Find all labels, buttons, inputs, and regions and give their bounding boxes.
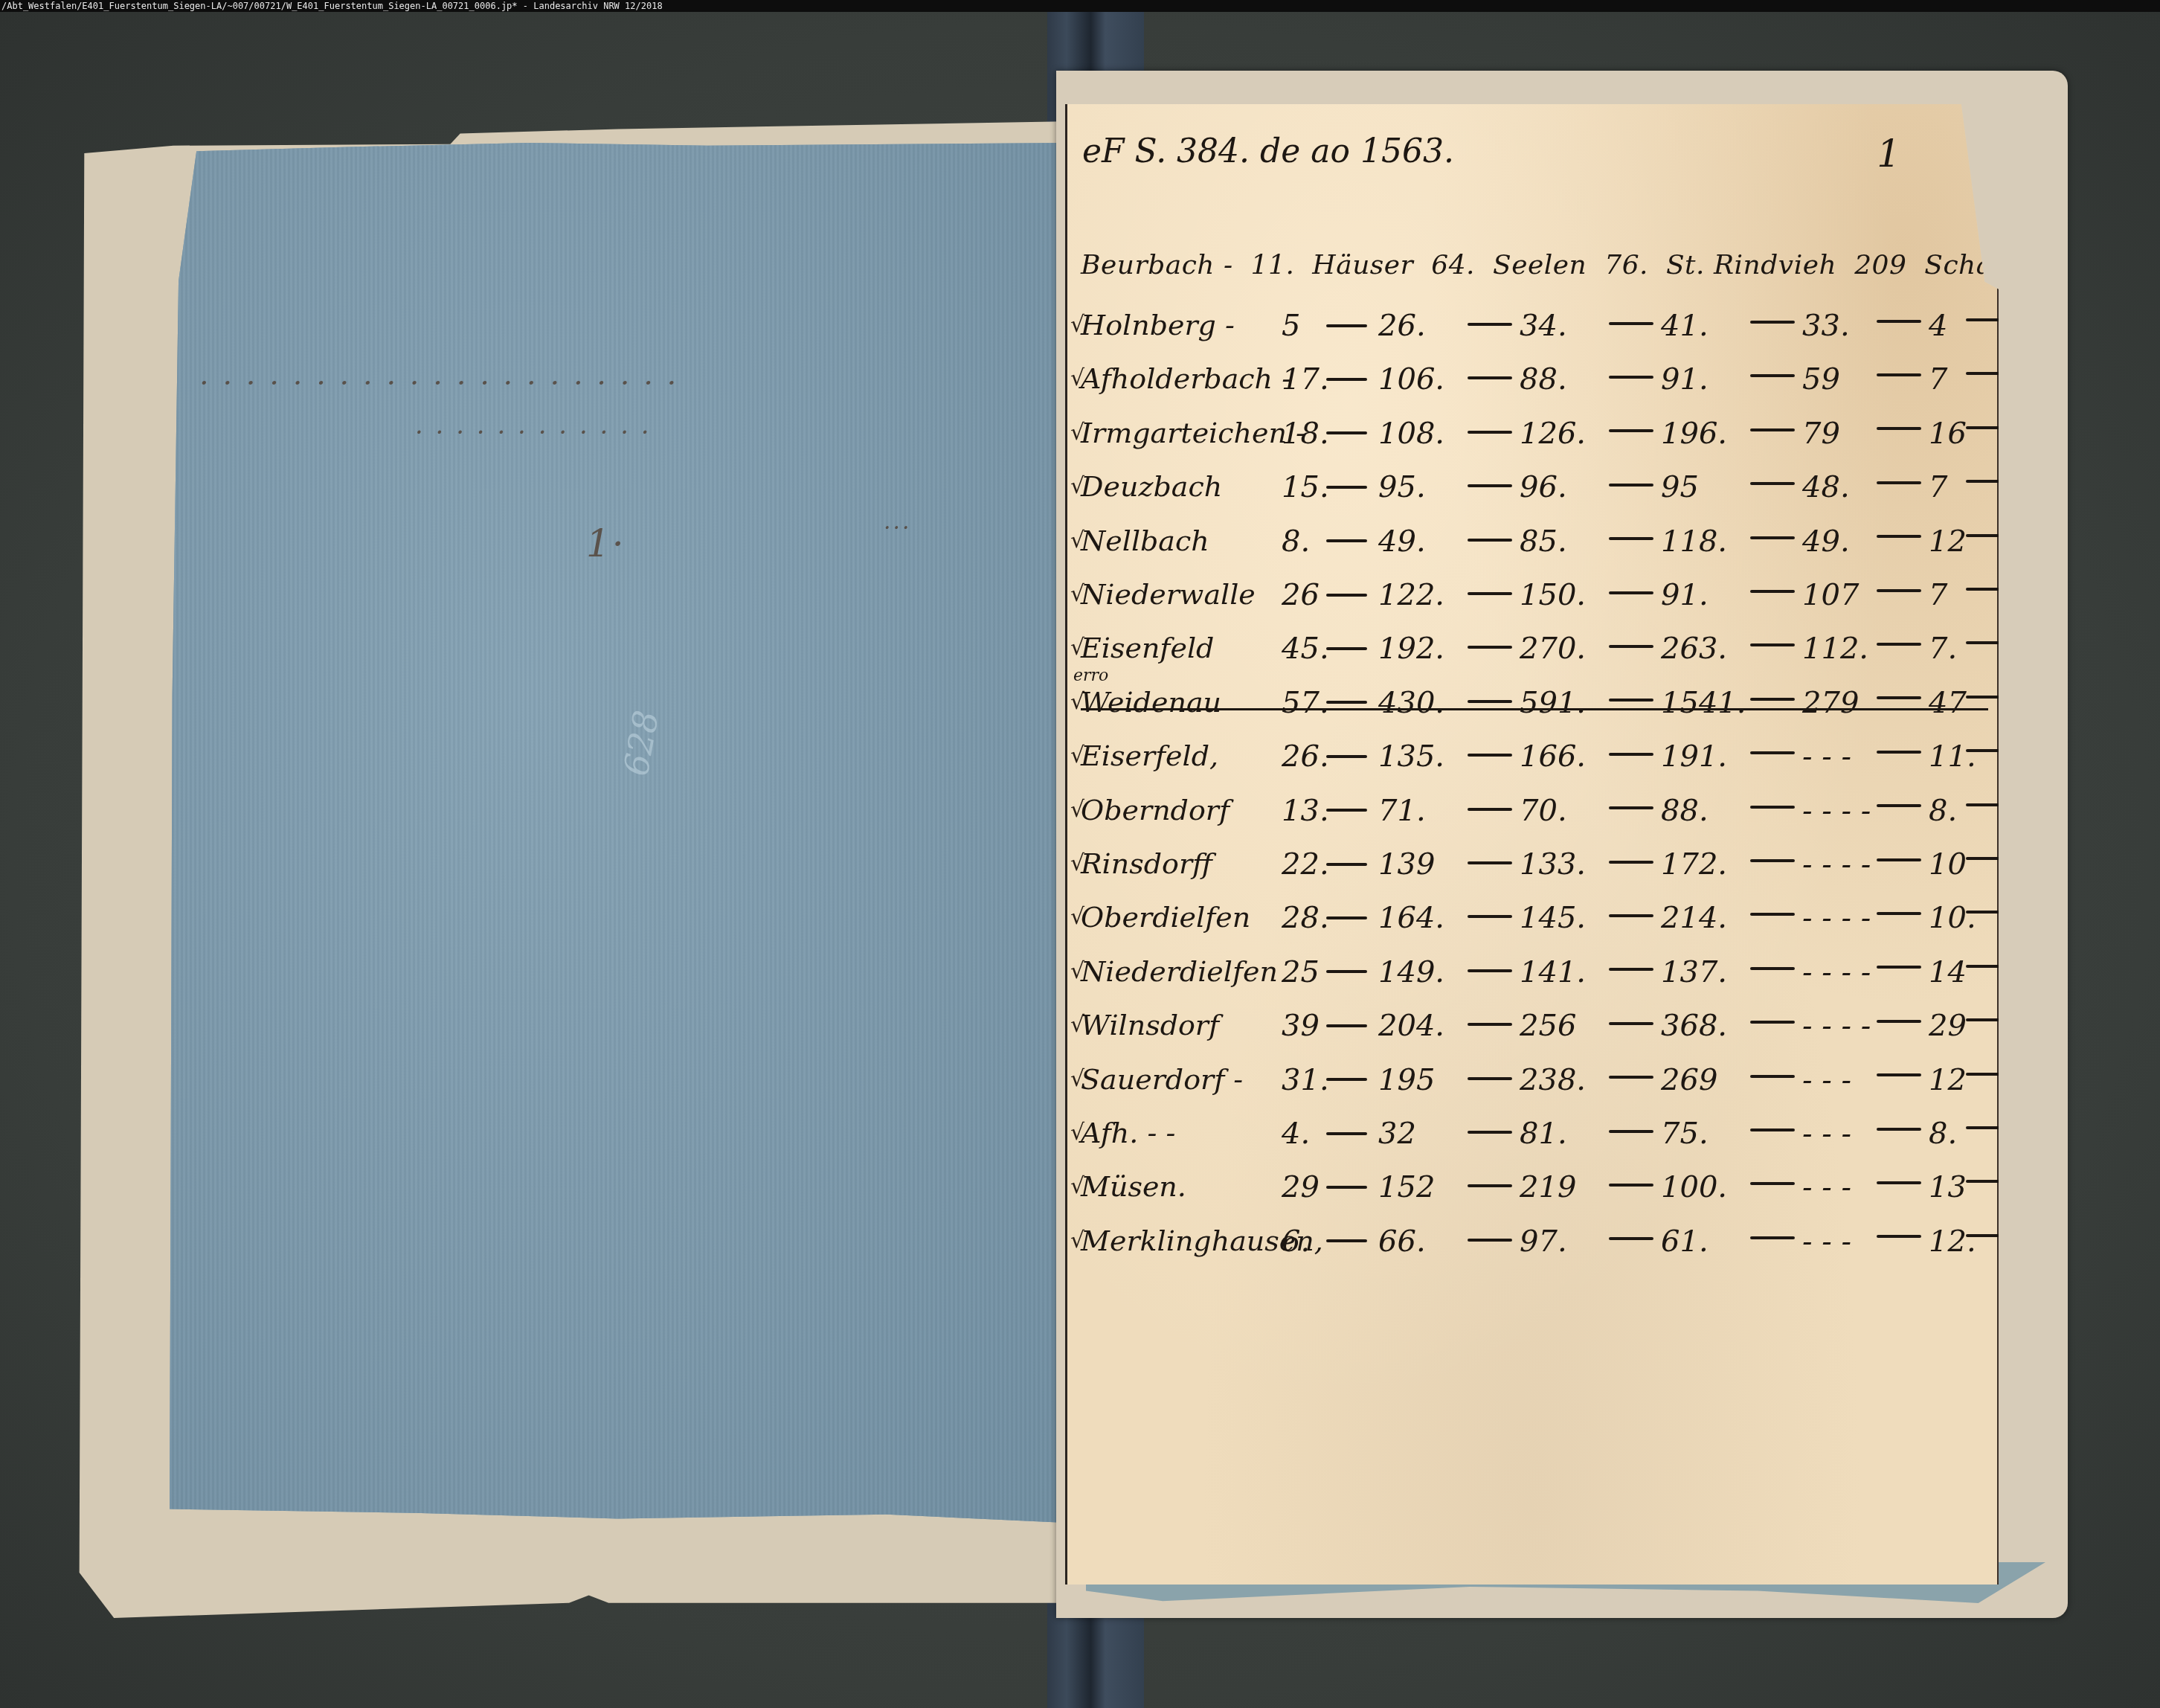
checkmark-icon: √ <box>1070 1120 1084 1146</box>
ledger-dash <box>1877 804 1921 807</box>
ledger-dash <box>1468 1184 1512 1187</box>
ledger-dash <box>1609 376 1653 379</box>
ledger-dash <box>1750 1236 1795 1239</box>
header-sheep-value: 209 <box>1854 250 1906 280</box>
cell-souls: 122. <box>1378 578 1444 612</box>
cell-souls: 66. <box>1378 1224 1426 1259</box>
ledger-dash <box>1326 863 1367 866</box>
cell-pigs: - - - - <box>1802 847 1871 882</box>
ledger-dash <box>1750 1075 1795 1078</box>
ledger-row: Weidenau57.430.591.1541.27947√erro <box>1081 686 1988 731</box>
cell-houses: 22. <box>1282 847 1329 882</box>
cell-cattle: 34. <box>1520 309 1567 343</box>
cell-souls: 32 <box>1378 1117 1416 1151</box>
cell-horses: 7 <box>1929 362 1947 396</box>
cell-pigs: 79 <box>1802 417 1840 451</box>
cell-cattle: 85. <box>1520 524 1567 559</box>
cell-pigs: - - - - <box>1802 901 1871 935</box>
cell-cattle: 219 <box>1520 1170 1576 1204</box>
cell-pigs: 59 <box>1802 362 1840 396</box>
ledger-dash <box>1326 701 1367 704</box>
ledger-dash <box>1326 1132 1367 1135</box>
window-title: /Abt_Westfalen/E401_Fuerstentum_Siegen-L… <box>1 1 663 11</box>
cell-place: Müsen. <box>1081 1170 1186 1203</box>
cell-pigs: - - - <box>1802 1224 1851 1259</box>
ledger-dash <box>1326 1078 1367 1081</box>
ledger-dash <box>1468 323 1512 326</box>
ledger-dash <box>1468 861 1512 864</box>
checkmark-icon: √ <box>1070 1066 1084 1092</box>
cell-cattle: 591. <box>1520 686 1586 720</box>
ledger-row: Eiserfeld,26.135.166.191.- - -11.√ <box>1081 739 1988 784</box>
cell-place: Sauerdorf - <box>1081 1063 1243 1096</box>
ledger-dash <box>1609 484 1653 487</box>
ledger-dash <box>1750 321 1795 324</box>
cell-horses: 12. <box>1929 1224 1976 1259</box>
cell-houses: 8. <box>1282 524 1310 559</box>
cell-houses: 13. <box>1282 794 1329 828</box>
ledger-dash <box>1877 912 1921 915</box>
cell-sheep: 91. <box>1661 362 1709 396</box>
cell-place: Deuzbach <box>1081 470 1222 503</box>
ledger-row: Niederdielfen25149.141.137.- - - -14√ <box>1081 955 1988 1000</box>
ledger-row: Eisenfeld45.192.270.263.112.7.√ <box>1081 632 1988 676</box>
ledger-dash <box>1750 859 1795 862</box>
cell-cattle: 88. <box>1520 362 1567 396</box>
ledger-dash <box>1609 429 1653 432</box>
cell-cattle: 145. <box>1520 901 1586 935</box>
cell-pigs: 279 <box>1802 686 1859 720</box>
checkmark-icon: √ <box>1070 365 1084 391</box>
cell-souls: 95. <box>1378 470 1426 504</box>
ledger-row: Afholderbach -17.106.88.91.597√ <box>1081 362 1988 407</box>
cell-houses: 39 <box>1282 1009 1320 1043</box>
cell-pigs: - - - <box>1802 1117 1851 1151</box>
cell-souls: 149. <box>1378 955 1444 989</box>
ledger-dash <box>1609 322 1653 325</box>
checkmark-icon: √ <box>1070 1012 1084 1038</box>
left-blue-cover-page: · · · · · · · · · · · · · · · · · · · · … <box>170 143 1066 1523</box>
ledger-dash <box>1326 1186 1367 1189</box>
cell-pigs: 49. <box>1802 524 1850 559</box>
cell-houses: 5 <box>1282 309 1300 343</box>
cell-cattle: 238. <box>1520 1063 1586 1097</box>
cell-houses: 4. <box>1282 1117 1310 1151</box>
cell-houses: 25 <box>1282 955 1320 989</box>
cell-place: Eiserfeld, <box>1081 739 1218 772</box>
cell-place: Eisenfeld <box>1081 632 1214 664</box>
cell-pigs: - - - <box>1802 1063 1851 1097</box>
ledger-dash <box>1326 486 1367 489</box>
cell-pigs: - - - - <box>1802 794 1871 828</box>
cell-sheep: 368. <box>1661 1009 1727 1043</box>
cell-cattle: 256 <box>1520 1009 1576 1043</box>
ledger-row: Oberndorf13.71.70.88.- - - -8.√ <box>1081 794 1988 838</box>
ledger-row: Irmgarteichen -18.108.126.196.7916√ <box>1081 417 1988 461</box>
checkmark-icon: √ <box>1070 581 1084 607</box>
ledger-dash <box>1750 482 1795 485</box>
ledger-row: Niederwalle26122.150.91.1077√ <box>1081 578 1988 623</box>
page-number: 1 <box>1877 132 1900 176</box>
checkmark-icon: √ <box>1070 850 1084 876</box>
cell-sheep: 100. <box>1661 1170 1727 1204</box>
ledger-dash <box>1468 915 1512 918</box>
ledger-dash <box>1468 1023 1512 1026</box>
ledger-dash <box>1326 809 1367 812</box>
cell-sheep: 75. <box>1661 1117 1709 1151</box>
ledger-dash <box>1750 806 1795 809</box>
cell-souls: 192. <box>1378 632 1444 666</box>
ledger-dash <box>1750 751 1795 754</box>
cell-houses: 28. <box>1282 901 1329 935</box>
cell-souls: 26. <box>1378 309 1426 343</box>
cell-houses: 18. <box>1282 417 1329 451</box>
cell-horses: 7 <box>1929 578 1947 612</box>
ledger-dash <box>1468 1077 1512 1080</box>
ledger-dash <box>1468 1131 1512 1134</box>
cell-sheep: 91. <box>1661 578 1709 612</box>
cell-horses: 14 <box>1929 955 1967 989</box>
cell-place: Weidenau <box>1081 686 1221 719</box>
ledger-dash <box>1468 592 1512 595</box>
ledger-dash <box>1609 537 1653 540</box>
cell-houses: 17. <box>1282 362 1329 396</box>
cell-horses: 12 <box>1929 1063 1967 1097</box>
ledger-row: Oberdielfen28.164.145.214.- - - -10.√ <box>1081 901 1988 945</box>
ledger-dash <box>1468 484 1512 487</box>
ledger-dash <box>1750 1128 1795 1131</box>
ledger-dash <box>1609 1130 1653 1133</box>
ledger-dash <box>1750 1182 1795 1185</box>
cell-cattle: 96. <box>1520 470 1567 504</box>
cell-pigs: - - - <box>1802 1170 1851 1204</box>
ledger-dash <box>1468 431 1512 434</box>
ledger-dash <box>1877 696 1921 699</box>
ledger-dash <box>1609 806 1653 809</box>
cell-horses: 16 <box>1929 417 1967 451</box>
cell-place: Oberndorf <box>1081 794 1230 826</box>
checkmark-icon: √ <box>1070 527 1084 553</box>
ledger-dash <box>1468 808 1512 811</box>
window-title-bar: /Abt_Westfalen/E401_Fuerstentum_Siegen-L… <box>0 0 2160 12</box>
checkmark-icon: √ <box>1070 420 1084 446</box>
ledger-row: Merklinghausen,6.66.97.61.- - -12.√ <box>1081 1224 1988 1269</box>
cell-pigs: 107 <box>1802 578 1859 612</box>
cell-houses: 57. <box>1282 686 1329 720</box>
cell-pigs: 33. <box>1802 309 1850 343</box>
cell-souls: 164. <box>1378 901 1444 935</box>
header-cattle-value: 76. <box>1604 250 1648 280</box>
cell-place: Rinsdorff <box>1081 847 1212 880</box>
ledger-dash <box>1877 751 1921 754</box>
cell-cattle: 81. <box>1520 1117 1567 1151</box>
margin-note: erro <box>1073 667 1108 685</box>
cell-sheep: 269 <box>1661 1063 1717 1097</box>
cell-cattle: 270. <box>1520 632 1586 666</box>
header-cattle-label: St. Rindvieh <box>1666 250 1836 280</box>
cell-souls: 135. <box>1378 739 1444 774</box>
checkmark-icon: √ <box>1070 1173 1084 1199</box>
ledger-dash <box>1609 968 1653 971</box>
cell-cattle: 97. <box>1520 1224 1567 1259</box>
cell-souls: 139 <box>1378 847 1435 882</box>
faint-ink-line-2: · · · · · · · · · · · · <box>415 418 652 448</box>
ledger-dash <box>1877 481 1921 484</box>
checkmark-icon: √ <box>1070 473 1084 499</box>
cell-houses: 29 <box>1282 1170 1320 1204</box>
cell-souls: 49. <box>1378 524 1426 559</box>
ledger-row: Wilnsdorf39204.256368.- - - -29√ <box>1081 1009 1988 1053</box>
cell-horses: 7. <box>1929 632 1957 666</box>
ledger-dash <box>1609 645 1653 648</box>
faint-ink-line-1: · · · · · · · · · · · · · · · · · · · · … <box>199 366 678 400</box>
cell-horses: 11. <box>1929 739 1976 774</box>
cell-houses: 31. <box>1282 1063 1329 1097</box>
cell-sheep: 263. <box>1661 632 1727 666</box>
cell-horses: 10 <box>1929 847 1967 882</box>
ledger-dash <box>1326 324 1367 327</box>
ledger-dash <box>1326 916 1367 919</box>
cell-pigs: - - - - <box>1802 955 1871 989</box>
ledger-dash <box>1609 1237 1653 1240</box>
cell-place: Niederdielfen <box>1081 955 1278 988</box>
cell-sheep: 172. <box>1661 847 1727 882</box>
ledger-dash <box>1609 1076 1653 1079</box>
ledger-dash <box>1750 590 1795 593</box>
checkmark-icon: √ <box>1070 904 1084 930</box>
ledger-row: Afh. - -4.3281.75.- - -8.√ <box>1081 1117 1988 1161</box>
ledger-row: Deuzbach15.95.96.9548.7√ <box>1081 470 1988 515</box>
header-souls-value: 64. <box>1431 250 1475 280</box>
ledger-dash <box>1609 1022 1653 1025</box>
ledger-dash <box>1877 1020 1921 1023</box>
checkmark-icon: √ <box>1070 689 1084 715</box>
ledger-dash <box>1609 1184 1653 1187</box>
cell-horses: 12 <box>1929 524 1967 559</box>
cell-cattle: 70. <box>1520 794 1567 828</box>
cell-place: Nellbach <box>1081 524 1209 557</box>
faint-ink-mark-1: 1· <box>586 522 626 565</box>
cell-souls: 204. <box>1378 1009 1444 1043</box>
cell-pigs: 48. <box>1802 470 1850 504</box>
cell-sheep: 41. <box>1661 309 1709 343</box>
ledger-dash <box>1609 914 1653 917</box>
header-place: Beurbach - <box>1081 250 1233 280</box>
cell-souls: 108. <box>1378 417 1444 451</box>
cell-horses: 13 <box>1929 1170 1967 1204</box>
ledger-dash <box>1468 754 1512 757</box>
checkmark-icon: √ <box>1070 958 1084 984</box>
ledger-dash <box>1877 589 1921 592</box>
ledger-dash <box>1750 967 1795 970</box>
cell-place: Afh. - - <box>1081 1117 1175 1149</box>
cell-place: Holnberg - <box>1081 309 1235 341</box>
cell-place: Irmgarteichen - <box>1081 417 1305 449</box>
ledger-dash <box>1750 913 1795 916</box>
ledger-dash <box>1609 699 1653 701</box>
ledger-row: Sauerdorf -31.195238.269- - -12√ <box>1081 1063 1988 1108</box>
cell-horses: 8. <box>1929 794 1957 828</box>
cell-horses: 47 <box>1929 686 1967 720</box>
ledger-dash <box>1326 594 1367 597</box>
ledger-dash <box>1326 1024 1367 1027</box>
cell-sheep: 137. <box>1661 955 1727 989</box>
ledger-dash <box>1468 969 1512 972</box>
cell-pigs: 112. <box>1802 632 1868 666</box>
cell-horses: 10. <box>1929 901 1976 935</box>
cell-place: Afholderbach - <box>1081 362 1291 395</box>
ledger-dash <box>1326 1239 1367 1242</box>
ledger-dash <box>1750 536 1795 539</box>
cell-pigs: - - - - <box>1802 1009 1871 1043</box>
ledger-dash <box>1750 428 1795 431</box>
cell-cattle: 133. <box>1520 847 1586 882</box>
ledger-dash <box>1877 858 1921 861</box>
cell-souls: 71. <box>1378 794 1426 828</box>
ledger-dash <box>1468 1239 1512 1242</box>
ledger-dash <box>1877 966 1921 969</box>
cell-houses: 6. <box>1282 1224 1310 1259</box>
cell-sheep: 214. <box>1661 901 1727 935</box>
cell-cattle: 166. <box>1520 739 1586 774</box>
ledger-dash <box>1877 373 1921 376</box>
ledger-dash <box>1326 431 1367 434</box>
cell-sheep: 61. <box>1661 1224 1709 1259</box>
checkmark-icon: √ <box>1070 742 1084 768</box>
cell-place: Oberdielfen <box>1081 901 1250 934</box>
ledger-dash <box>1877 320 1921 323</box>
ledger-dash <box>1468 376 1512 379</box>
cell-sheep: 88. <box>1661 794 1709 828</box>
cell-sheep: 118. <box>1661 524 1727 559</box>
ledger-dash <box>1468 646 1512 649</box>
ledger-row: Müsen.29152219100.- - -13√ <box>1081 1170 1988 1215</box>
cell-souls: 152 <box>1378 1170 1435 1204</box>
checkmark-icon: √ <box>1070 312 1084 338</box>
cell-sheep: 1541. <box>1661 686 1746 720</box>
checkmark-icon: √ <box>1070 1227 1084 1253</box>
faint-ink-mark-2: ··· <box>884 515 912 541</box>
ledger-dash <box>1326 378 1367 381</box>
cell-sheep: 191. <box>1661 739 1727 774</box>
cell-cattle: 126. <box>1520 417 1586 451</box>
ledger-dash <box>1750 1021 1795 1024</box>
cell-place: Niederwalle <box>1081 578 1256 611</box>
cell-horses: 4 <box>1929 309 1947 343</box>
cell-horses: 29 <box>1929 1009 1967 1043</box>
cell-houses: 45. <box>1282 632 1329 666</box>
ledger-dash <box>1750 643 1795 646</box>
ledger-dash <box>1326 647 1367 650</box>
cell-cattle: 150. <box>1520 578 1586 612</box>
ledger-dash <box>1609 591 1653 594</box>
cell-souls: 430. <box>1378 686 1444 720</box>
ledger-dash <box>1609 753 1653 756</box>
header-souls-label: Seelen <box>1493 250 1587 280</box>
cell-horses: 8. <box>1929 1117 1957 1151</box>
cell-sheep: 196. <box>1661 417 1727 451</box>
ledger-row: Rinsdorff22.139133.172.- - - -10√ <box>1081 847 1988 892</box>
cell-place: Wilnsdorf <box>1081 1009 1219 1041</box>
ledger-dash <box>1877 643 1921 646</box>
ledger-dash <box>1468 539 1512 542</box>
ledger-row: Nellbach8.49.85.118.49.12√ <box>1081 524 1988 569</box>
ledger-dash <box>1326 755 1367 758</box>
cell-pigs: - - - <box>1802 739 1851 774</box>
ledger-dash <box>1877 427 1921 430</box>
cell-houses: 26. <box>1282 739 1329 774</box>
ledger-dash <box>1609 861 1653 864</box>
ledger-page: eF S. 384. de ao 1563. 1 Beurbach - 11. … <box>1065 104 1999 1585</box>
header-houses-label: Häuser <box>1312 250 1413 280</box>
header-houses-value: 11. <box>1251 250 1295 280</box>
ledger-dash <box>1877 1235 1921 1238</box>
ledger-dash <box>1750 374 1795 377</box>
ledger-dash <box>1326 539 1367 542</box>
checkmark-icon: √ <box>1070 635 1084 661</box>
pencil-folio-number: 628 <box>616 707 666 779</box>
checkmark-icon: √ <box>1070 797 1084 823</box>
ledger-dash <box>1326 970 1367 973</box>
cell-souls: 106. <box>1378 362 1444 396</box>
ledger-dash <box>1877 1128 1921 1131</box>
shelfmark-note: eF S. 384. de ao 1563. <box>1082 132 1454 170</box>
cell-souls: 195 <box>1378 1063 1435 1097</box>
cell-horses: 7 <box>1929 470 1947 504</box>
cell-sheep: 95 <box>1661 470 1699 504</box>
cell-cattle: 141. <box>1520 955 1586 989</box>
ledger-dash <box>1750 698 1795 701</box>
ledger-dash <box>1468 700 1512 703</box>
ledger-dash <box>1877 1181 1921 1184</box>
cell-houses: 15. <box>1282 470 1329 504</box>
ledger-row: Holnberg -526.34.41.33.4√ <box>1081 309 1988 353</box>
cell-houses: 26 <box>1282 578 1320 612</box>
ledger-dash <box>1877 1073 1921 1076</box>
ledger-dash <box>1877 535 1921 538</box>
